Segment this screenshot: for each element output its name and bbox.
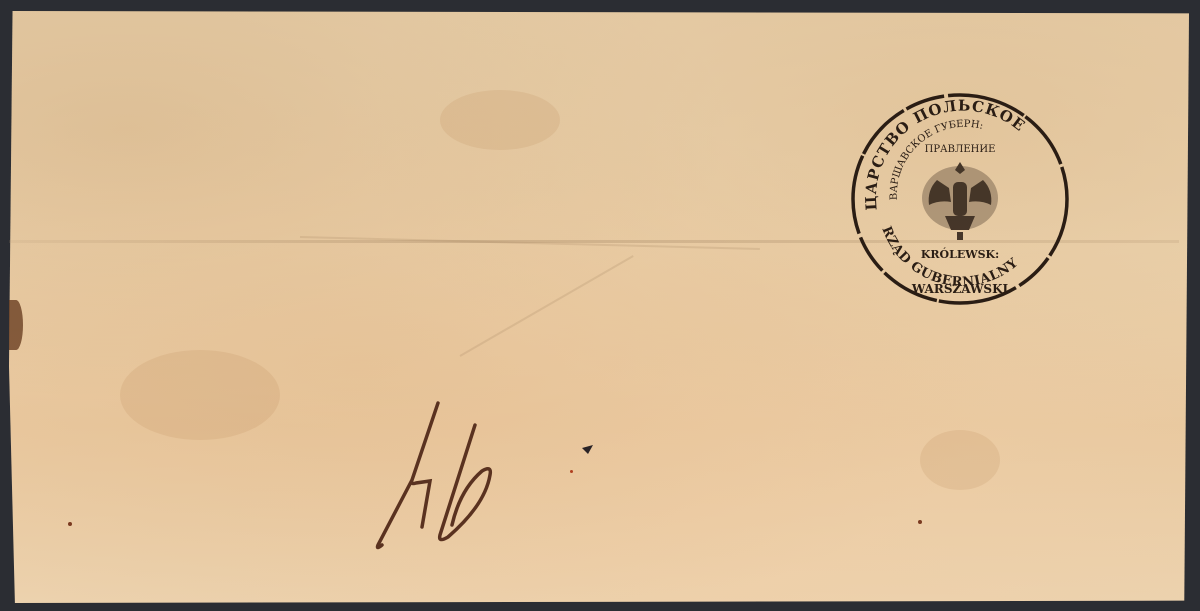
postmark-stamp: ЦАРСТВО ПОЛЬСКОЕ ВАРШАВСКОЕ ГУБЕРН: ПРАВ… (849, 90, 1071, 308)
handwritten-number: 46 (370, 395, 500, 555)
double-headed-eagle-icon (922, 162, 998, 240)
age-stain (120, 350, 280, 440)
postmark-third-line: ПРАВЛЕНИЕ (925, 144, 996, 155)
age-stain (440, 90, 560, 150)
ink-spot (918, 520, 922, 524)
edge-stain (9, 300, 23, 350)
age-stain (920, 430, 1000, 490)
postmark-bottom-line-3: WARSZAWSKI (911, 282, 1009, 296)
paper-hole (580, 440, 594, 452)
postmark-bottom-line-1: KRÓLEWSK: (921, 247, 999, 261)
ink-spot (68, 522, 72, 526)
ink-spot (570, 470, 573, 473)
